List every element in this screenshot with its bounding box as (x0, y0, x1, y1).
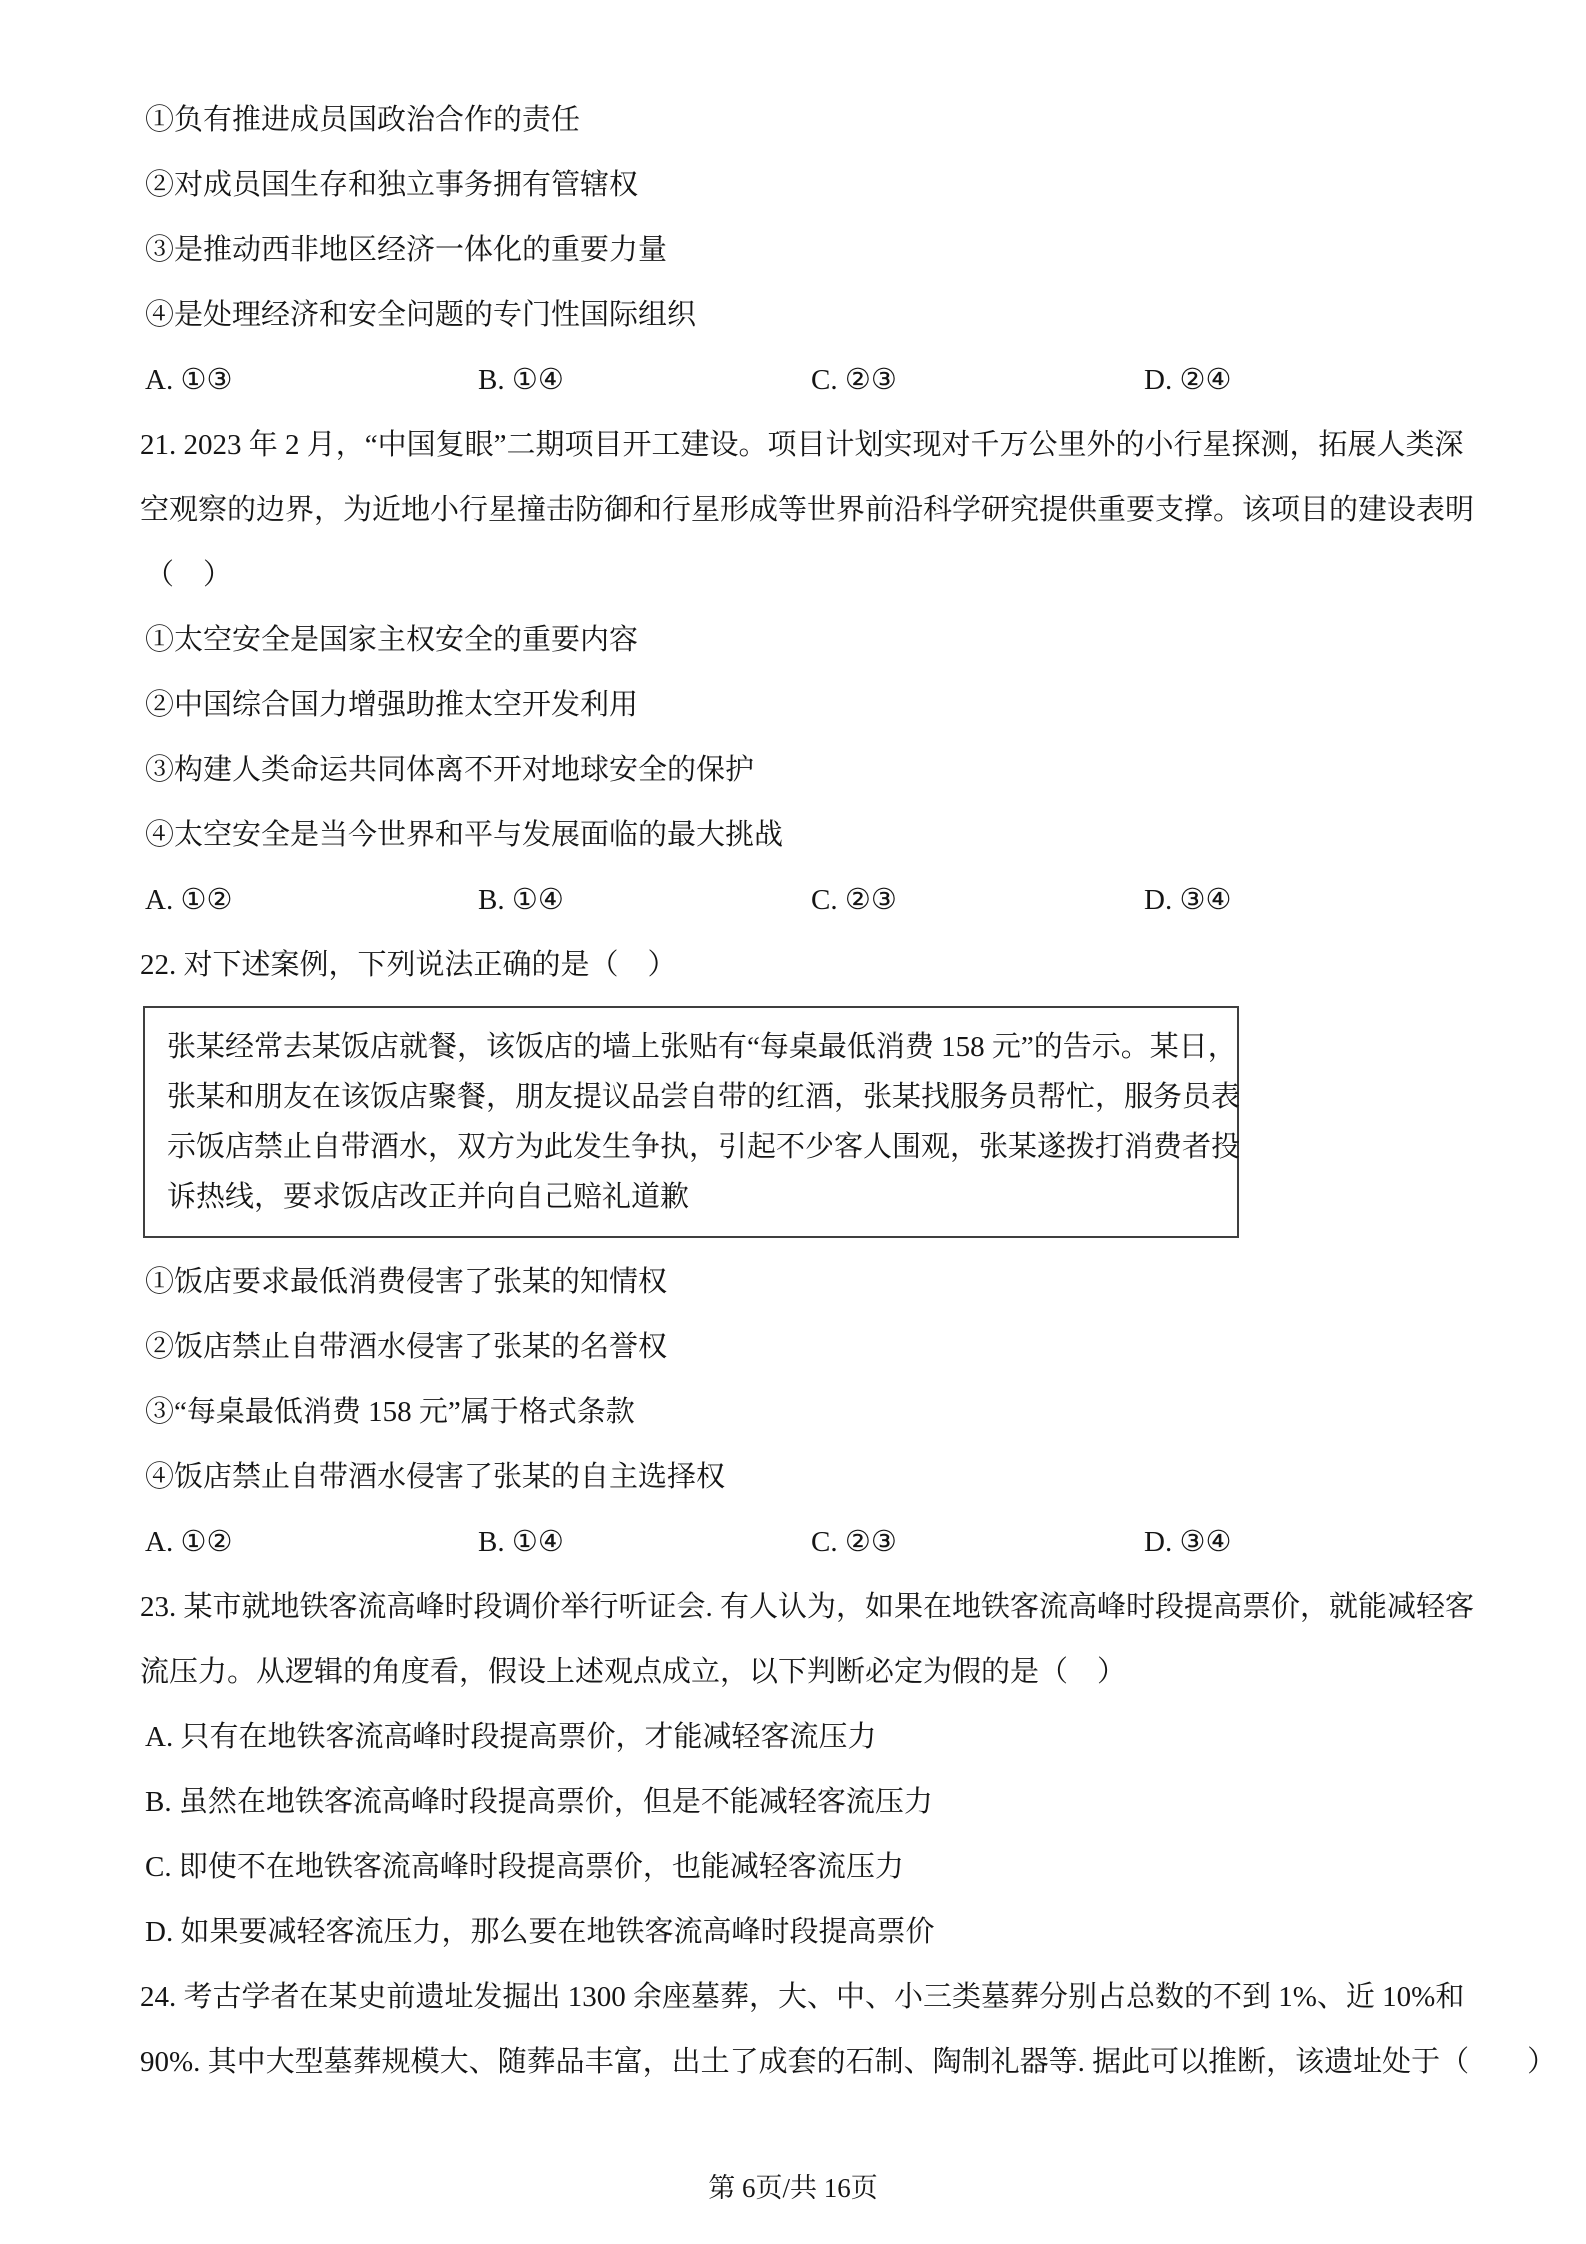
option-b: B. ①④ (478, 348, 811, 413)
option-a: A. ①② (145, 868, 478, 933)
question-stem-line: 90%. 其中大型墓葬规模大、随葬品丰富，出土了成套的石制、陶制礼器等. 据此可… (140, 2030, 1490, 2095)
choice-item: ②对成员国生存和独立事务拥有管辖权 (140, 153, 1490, 218)
question-23-block: 23. 某市就地铁客流高峰时段调价举行听证会. 有人认为，如果在地铁客流高峰时段… (140, 1575, 1490, 1965)
case-box: 张某经常去某饭店就餐，该饭店的墙上张贴有“每桌最低消费 158 元”的告示。某日… (143, 1006, 1239, 1238)
option-c: C. ②③ (811, 868, 1144, 933)
option-d: D. ③④ (1144, 868, 1490, 933)
options-row: A. ①③ B. ①④ C. ②③ D. ②④ (140, 348, 1490, 413)
choice-item: ③是推动西非地区经济一体化的重要力量 (140, 218, 1490, 283)
options-row: A. ①② B. ①④ C. ②③ D. ③④ (140, 1510, 1490, 1575)
option-b: B. 虽然在地铁客流高峰时段提高票价，但是不能减轻客流压力 (140, 1770, 1490, 1835)
question-22-block: 22. 对下述案例，下列说法正确的是（ ） 张某经常去某饭店就餐，该饭店的墙上张… (140, 933, 1490, 1575)
case-box-line: 诉热线，要求饭店改正并向自己赔礼道歉 (167, 1172, 1215, 1222)
page-content: ①负有推进成员国政治合作的责任 ②对成员国生存和独立事务拥有管辖权 ③是推动西非… (0, 0, 1586, 2095)
question-24-block: 24. 考古学者在某史前遗址发掘出 1300 余座墓葬，大、中、小三类墓葬分别占… (140, 1965, 1490, 2095)
question-stem-line: 21. 2023 年 2 月，“中国复眼”二期项目开工建设。项目计划实现对千万公… (140, 413, 1490, 478)
option-a: A. ①② (145, 1510, 478, 1575)
choice-item: ③“每桌最低消费 158 元”属于格式条款 (140, 1380, 1490, 1445)
choice-item: ④是处理经济和安全问题的专门性国际组织 (140, 283, 1490, 348)
page-number-footer: 第 6页/共 16页 (0, 2158, 1586, 2218)
choice-item: ④饭店禁止自带酒水侵害了张某的自主选择权 (140, 1445, 1490, 1510)
option-a: A. 只有在地铁客流高峰时段提高票价，才能减轻客流压力 (140, 1705, 1490, 1770)
choice-item: ④太空安全是当今世界和平与发展面临的最大挑战 (140, 803, 1490, 868)
choice-item: ②中国综合国力增强助推太空开发利用 (140, 673, 1490, 738)
choice-item: ③构建人类命运共同体离不开对地球安全的保护 (140, 738, 1490, 803)
choice-item: ①饭店要求最低消费侵害了张某的知情权 (140, 1250, 1490, 1315)
option-d: D. ③④ (1144, 1510, 1490, 1575)
choice-item: ①太空安全是国家主权安全的重要内容 (140, 608, 1490, 673)
option-b: B. ①④ (478, 868, 811, 933)
question-stem-line: 空观察的边界，为近地小行星撞击防御和行星形成等世界前沿科学研究提供重要支撑。该项… (140, 478, 1490, 543)
option-c: C. 即使不在地铁客流高峰时段提高票价，也能减轻客流压力 (140, 1835, 1490, 1900)
option-d: D. 如果要减轻客流压力，那么要在地铁客流高峰时段提高票价 (140, 1900, 1490, 1965)
option-c: C. ②③ (811, 1510, 1144, 1575)
choice-item: ②饭店禁止自带酒水侵害了张某的名誉权 (140, 1315, 1490, 1380)
option-c: C. ②③ (811, 348, 1144, 413)
exam-page: ①负有推进成员国政治合作的责任 ②对成员国生存和独立事务拥有管辖权 ③是推动西非… (0, 0, 1586, 2244)
question-stem-line: 23. 某市就地铁客流高峰时段调价举行听证会. 有人认为，如果在地铁客流高峰时段… (140, 1575, 1490, 1640)
option-a: A. ①③ (145, 348, 478, 413)
question-stem-line: 22. 对下述案例，下列说法正确的是（ ） (140, 933, 1490, 998)
case-box-line: 张某经常去某饭店就餐，该饭店的墙上张贴有“每桌最低消费 158 元”的告示。某日… (167, 1022, 1215, 1072)
options-row: A. ①② B. ①④ C. ②③ D. ③④ (140, 868, 1490, 933)
case-box-line: 张某和朋友在该饭店聚餐，朋友提议品尝自带的红酒，张某找服务员帮忙，服务员表 (167, 1072, 1215, 1122)
option-d: D. ②④ (1144, 348, 1490, 413)
question-stem-line: 流压力。从逻辑的角度看，假设上述观点成立，以下判断必定为假的是（ ） (140, 1640, 1490, 1705)
answer-parentheses: （ ） (140, 543, 1490, 608)
question-21-block: 21. 2023 年 2 月，“中国复眼”二期项目开工建设。项目计划实现对千万公… (140, 413, 1490, 933)
choice-item: ①负有推进成员国政治合作的责任 (140, 88, 1490, 153)
option-b: B. ①④ (478, 1510, 811, 1575)
question-20-block: ①负有推进成员国政治合作的责任 ②对成员国生存和独立事务拥有管辖权 ③是推动西非… (140, 88, 1490, 413)
case-box-line: 示饭店禁止自带酒水，双方为此发生争执，引起不少客人围观，张某遂拨打消费者投 (167, 1122, 1215, 1172)
question-stem-line: 24. 考古学者在某史前遗址发掘出 1300 余座墓葬，大、中、小三类墓葬分别占… (140, 1965, 1490, 2030)
